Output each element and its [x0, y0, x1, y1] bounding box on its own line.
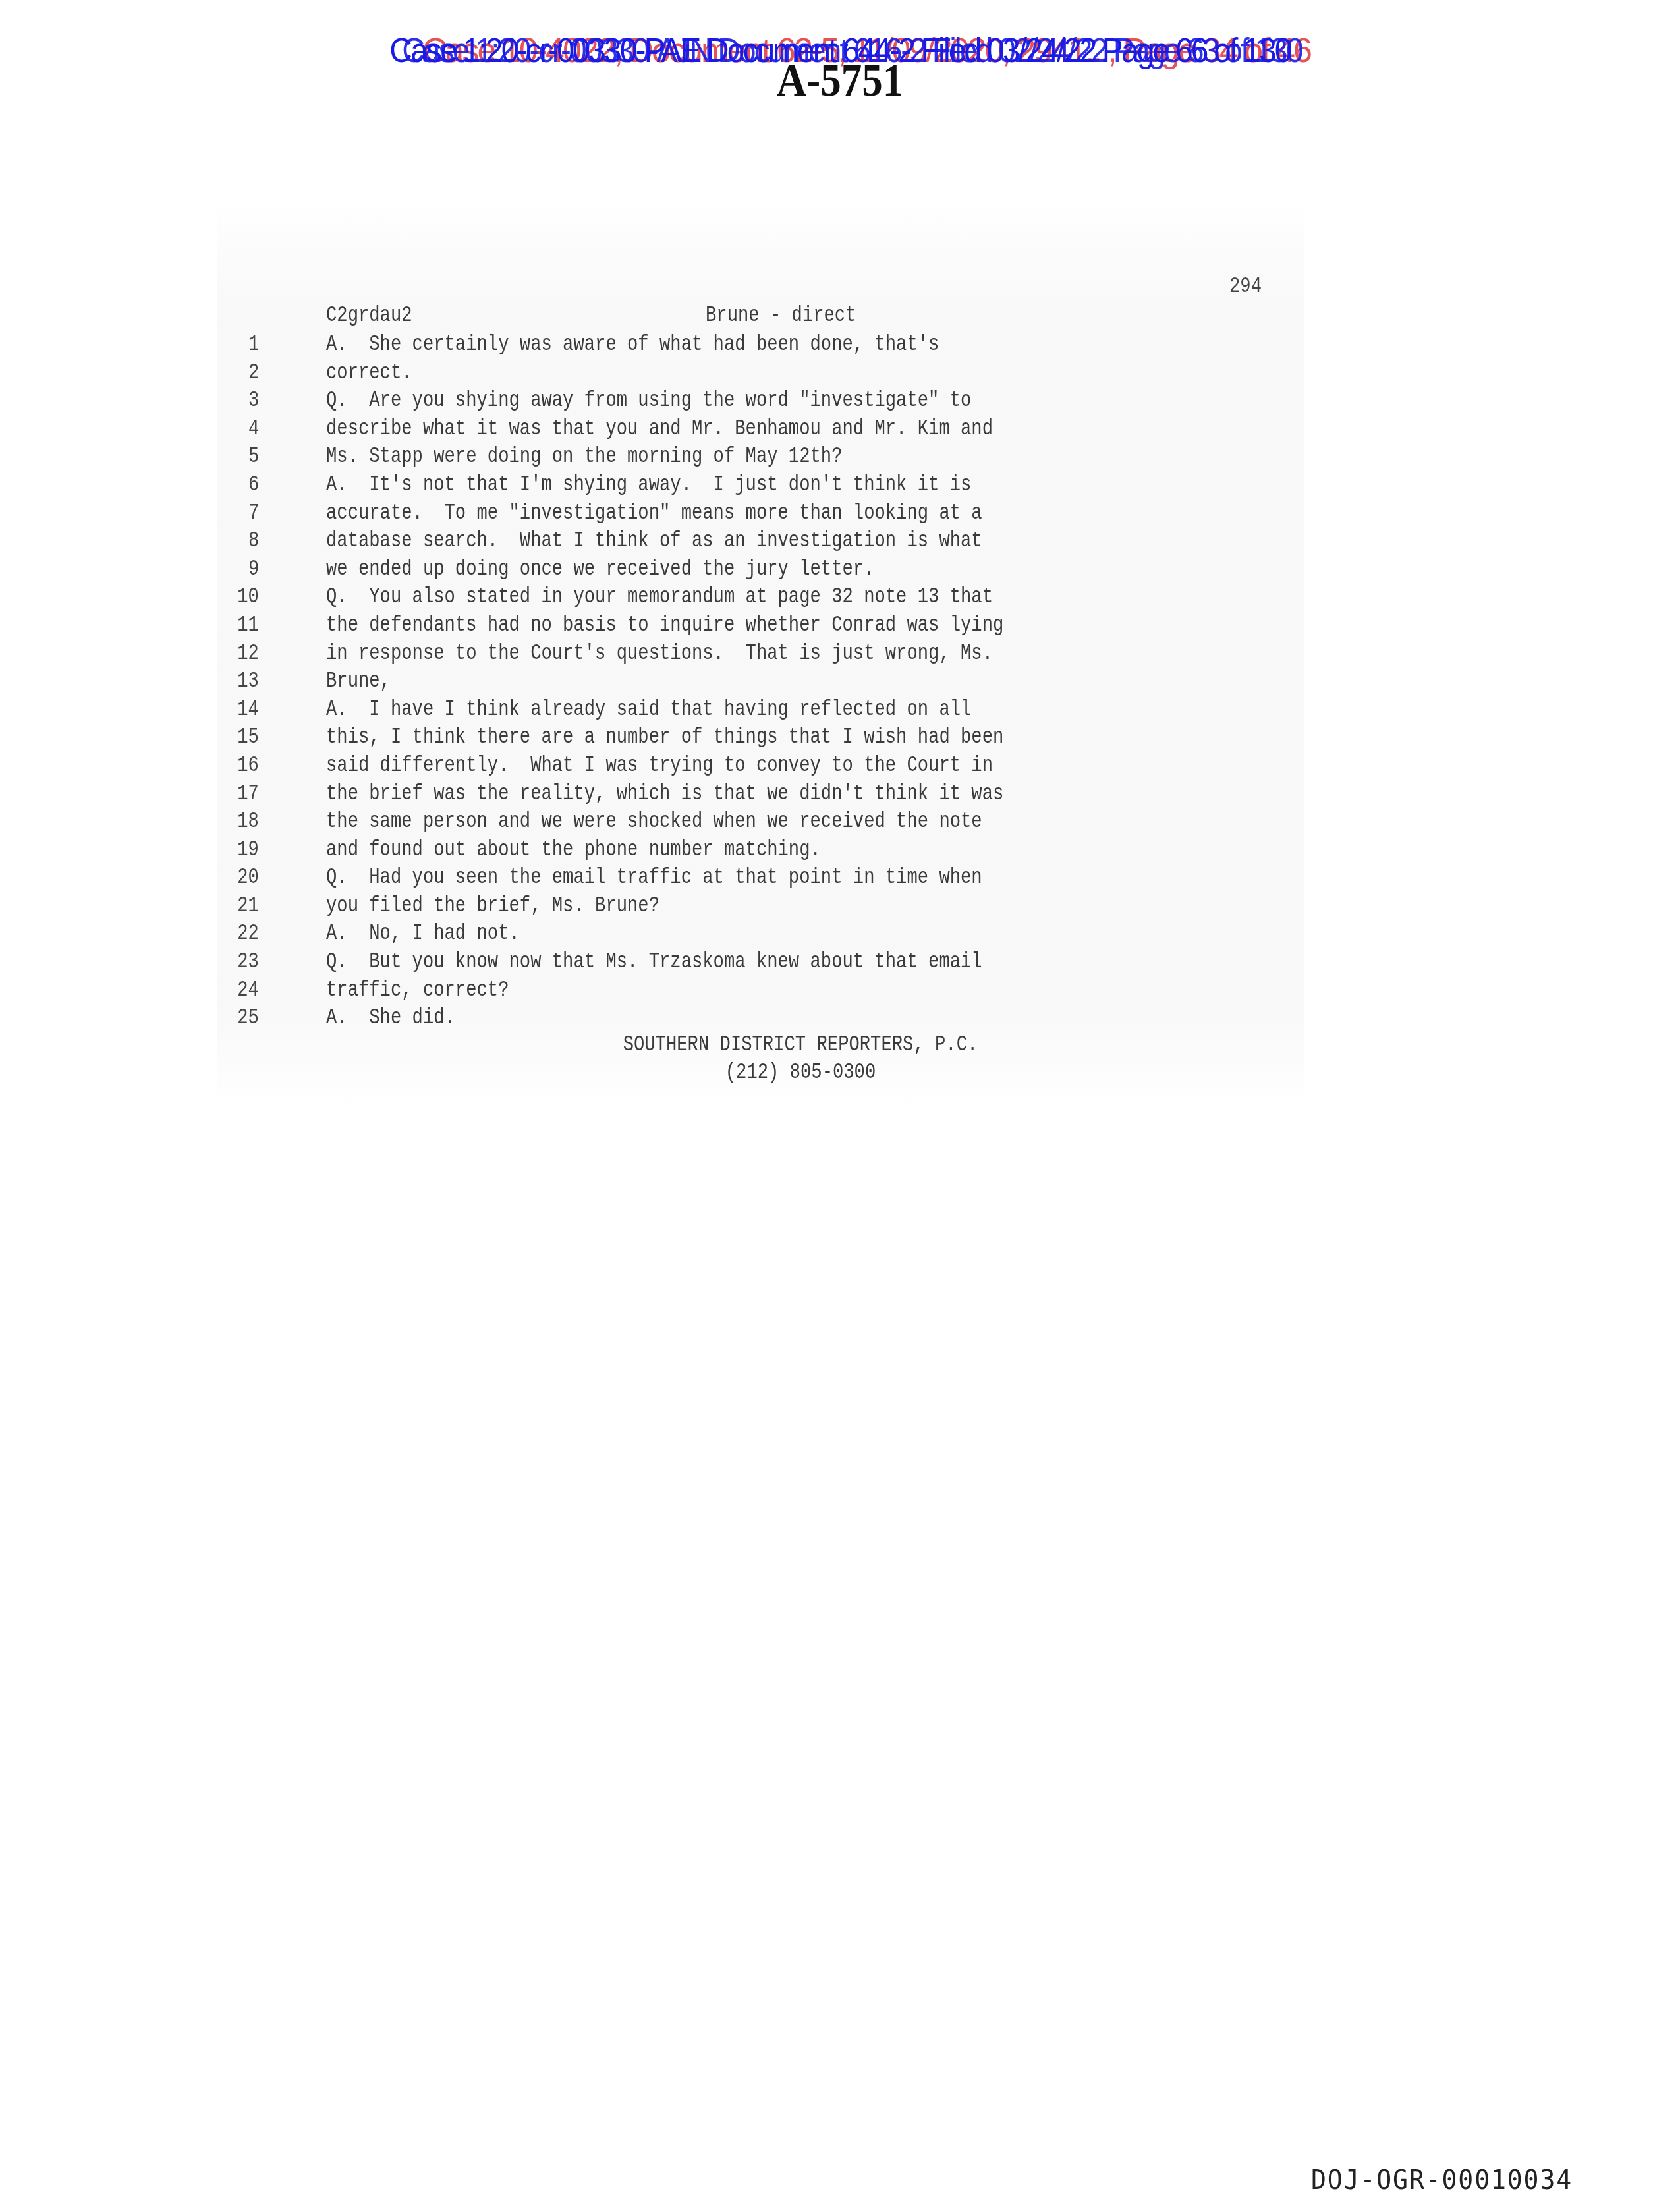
line-text: we ended up doing once we received the j… [326, 555, 874, 584]
reporter-phone: (212) 805-0300 [160, 1059, 1441, 1087]
line-number: 1 [248, 331, 259, 359]
line-number: 14 [237, 696, 259, 724]
transcript-line: 19and found out about the phone number m… [0, 836, 1680, 865]
bates-number: DOJ-OGR-00010034 [1311, 2164, 1573, 2196]
line-text: in response to the Court's questions. Th… [326, 640, 993, 668]
line-number: 20 [237, 864, 259, 892]
line-text: you filed the brief, Ms. Brune? [326, 892, 659, 921]
line-text: Q. Had you seen the email traffic at tha… [326, 864, 982, 892]
transcript-line: 22A. No, I had not. [0, 920, 1680, 948]
transcript-line: 12in response to the Court's questions. … [0, 640, 1680, 668]
line-text: Brune, [326, 667, 391, 696]
line-number: 4 [248, 415, 259, 443]
appendix-page-number: A-5751 [84, 58, 1596, 104]
line-number: 22 [237, 920, 259, 948]
line-text: A. She certainly was aware of what had b… [326, 331, 939, 359]
line-text: A. It's not that I'm shying away. I just… [326, 471, 971, 499]
transcript-line: 23Q. But you know now that Ms. Trzaskoma… [0, 948, 1680, 977]
line-text: A. I have I think already said that havi… [326, 696, 971, 724]
transcript-running-head: C2grdau2 Brune - direct [326, 303, 1314, 329]
line-number: 8 [248, 527, 259, 555]
line-number: 13 [237, 667, 259, 696]
line-number: 17 [237, 780, 259, 808]
reporter-name: SOUTHERN DISTRICT REPORTERS, P.C. [160, 1031, 1441, 1059]
line-number: 21 [237, 892, 259, 921]
line-text: the same person and we were shocked when… [326, 808, 982, 836]
line-text: database search. What I think of as an i… [326, 527, 982, 555]
transcript-page-number: 294 [1229, 274, 1262, 299]
transcript-line: 11the defendants had no basis to inquire… [0, 611, 1680, 640]
line-number: 16 [237, 752, 259, 780]
transcript-line: 4describe what it was that you and Mr. B… [0, 415, 1680, 443]
line-text: Q. You also stated in your memorandum at… [326, 583, 993, 611]
line-number: 3 [248, 387, 259, 415]
line-number: 5 [248, 443, 259, 471]
transcript-line: 20Q. Had you seen the email traffic at t… [0, 864, 1680, 892]
line-number: 25 [237, 1004, 259, 1033]
transcript-line: 25A. She did. [0, 1004, 1680, 1033]
case-code: C2grdau2 [326, 303, 412, 328]
transcript-line: 7accurate. To me "investigation" means m… [0, 499, 1680, 528]
line-number: 15 [237, 723, 259, 752]
line-text: the defendants had no basis to inquire w… [326, 611, 1003, 640]
line-number: 9 [248, 555, 259, 584]
transcript-line: 13Brune, [0, 667, 1680, 696]
witness-heading: Brune - direct [706, 303, 856, 328]
line-number: 11 [237, 611, 259, 640]
transcript-line: 18the same person and we were shocked wh… [0, 808, 1680, 836]
transcript-line: 14A. I have I think already said that ha… [0, 696, 1680, 724]
line-number: 18 [237, 808, 259, 836]
transcript-line: 9we ended up doing once we received the … [0, 555, 1680, 584]
line-text: this, I think there are a number of thin… [326, 723, 1003, 752]
line-number: 7 [248, 499, 259, 528]
transcript-line: 2correct. [0, 359, 1680, 387]
line-number: 6 [248, 471, 259, 499]
line-text: A. No, I had not. [326, 920, 520, 948]
transcript-line: 21you filed the brief, Ms. Brune? [0, 892, 1680, 921]
line-text: the brief was the reality, which is that… [326, 780, 1003, 808]
transcript-line: 3Q. Are you shying away from using the w… [0, 387, 1680, 415]
transcript-line: 8database search. What I think of as an … [0, 527, 1680, 555]
line-text: correct. [326, 359, 412, 387]
line-text: Q. Are you shying away from using the wo… [326, 387, 971, 415]
line-number: 19 [237, 836, 259, 865]
court-reporter-block: SOUTHERN DISTRICT REPORTERS, P.C. (212) … [0, 1031, 1601, 1087]
line-text: said differently. What I was trying to c… [326, 752, 993, 780]
line-number: 12 [237, 640, 259, 668]
transcript-line: 15this, I think there are a number of th… [0, 723, 1680, 752]
line-text: Q. But you know now that Ms. Trzaskoma k… [326, 948, 982, 977]
transcript-body: 1A. She certainly was aware of what had … [0, 331, 1680, 1033]
line-text: and found out about the phone number mat… [326, 836, 821, 865]
line-number: 2 [248, 359, 259, 387]
transcript-line: 16said differently. What I was trying to… [0, 752, 1680, 780]
line-number: 24 [237, 977, 259, 1005]
transcript-line: 5Ms. Stapp were doing on the morning of … [0, 443, 1680, 471]
line-text: Ms. Stapp were doing on the morning of M… [326, 443, 842, 471]
transcript-line: 1A. She certainly was aware of what had … [0, 331, 1680, 359]
line-text: A. She did. [326, 1004, 455, 1033]
transcript-line: 17the brief was the reality, which is th… [0, 780, 1680, 808]
line-number: 23 [237, 948, 259, 977]
transcript-line: 24traffic, correct? [0, 977, 1680, 1005]
transcript-line: 10Q. You also stated in your memorandum … [0, 583, 1680, 611]
line-text: accurate. To me "investigation" means mo… [326, 499, 982, 528]
line-text: describe what it was that you and Mr. Be… [326, 415, 993, 443]
line-number: 10 [237, 583, 259, 611]
line-text: traffic, correct? [326, 977, 509, 1005]
transcript-line: 6A. It's not that I'm shying away. I jus… [0, 471, 1680, 499]
